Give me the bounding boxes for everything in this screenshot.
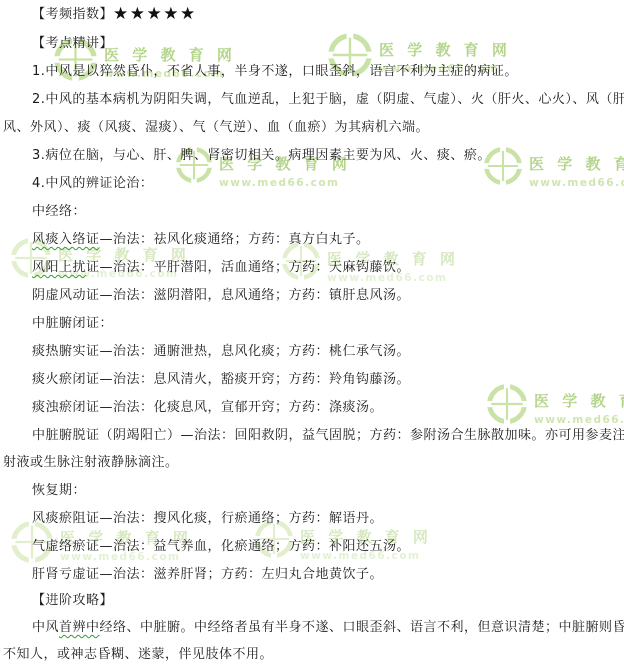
syndrome-wind-yang-disturbing: 风阳上扰证—治法：平肝潜阳，活血通络；方药：天麻钩藤饮。: [32, 260, 410, 276]
watermark-site-name: 医 学 教 育 网: [529, 153, 624, 174]
syndrome-text: 痰热腑实证—治法：通腑泄热，息风化痰；方药：桃仁承气汤。: [32, 344, 410, 359]
subsection-recovery-period: 恢复期：: [32, 483, 86, 499]
syndrome-text: 风痰瘀阻证—治法：搜风化痰，行瘀通络；方药：解语丹。: [32, 511, 383, 526]
section-header-text: 【考点精讲】: [32, 36, 113, 51]
med66-watermark: 医 学 教 育 网www.med66.com: [486, 383, 624, 426]
paragraph-text-underlined: 首辨中: [59, 620, 100, 635]
subsection-text: 中脏腑闭证：: [32, 316, 113, 331]
syndrome-text: 肝肾亏虚证—治法：滋养肝肾；方药：左归丸合地黄饮子。: [32, 567, 383, 582]
paragraph-text: 经络、中脏腑。中经络者虽有半身不遂、口眼歪斜、语言不利，但意识清楚；中脏腑则昏: [100, 620, 624, 635]
paragraph-pathogenesis-line1: 2.中风的基本病机为阴阳失调，气血逆乱，上犯于脑，虚（阴虚、气虚）、火（肝火、心…: [32, 92, 624, 108]
syndrome-text: 痰浊瘀闭证—治法：化痰息风，宣郁开窍；方药：涤痰汤。: [32, 400, 383, 415]
med66-logo-icon: [486, 383, 528, 425]
syndrome-qi-deficiency-stasis: 气虚络瘀证—治法：益气养血，化瘀通络；方药：补阳还五汤。: [32, 539, 410, 555]
syndrome-phlegm-turbid-stasis: 痰浊瘀闭证—治法：化痰息风，宣郁开窍；方药：涤痰汤。: [32, 400, 383, 416]
paragraph-text: 中风: [32, 620, 59, 635]
watermark-site-url: www.med66.com: [219, 177, 351, 189]
syndrome-phlegm-fire-stasis: 痰火瘀闭证—治法：息风清火，豁痰开窍；方药：羚角钩藤汤。: [32, 372, 410, 388]
watermark-site-url: www.med66.com: [529, 177, 624, 189]
paragraph-text: 2.中风的基本病机为阴阳失调，气血逆乱，上犯于脑，虚（阴虚、气虚）、火（肝火、心…: [32, 92, 624, 107]
syndrome-text: 痰火瘀闭证—治法：息风清火，豁痰开窍；方药：羚角钩藤汤。: [32, 372, 410, 387]
paragraph-location: 3.病位在脑，与心、肝、脾、肾密切相关。病理因素主要为风、火、痰、瘀。: [32, 148, 491, 164]
frequency-index-label: 【考频指数】: [32, 7, 113, 22]
paragraph-definition: 1.中风是以猝然昏仆，不省人事，半身不遂，口眼歪斜，语言不利为主症的病证。: [32, 64, 518, 80]
watermark-site-url: www.med66.com: [534, 414, 624, 426]
syndrome-text: 气虚络瘀证—治法：益气养血，化瘀通络；方药：补阳还五汤。: [32, 539, 410, 554]
watermark-site-name: 医 学 教 育 网: [534, 390, 624, 411]
watermark-site-name: 医 学 教 育 网: [379, 39, 511, 60]
syndrome-zangfu-collapse-line2: 射液或生脉注射液静脉滴注。: [3, 455, 179, 471]
subsection-meridian: 中经络：: [32, 204, 86, 220]
syndrome-name: 风阳上扰: [32, 260, 86, 275]
subsection-zangfu-closed: 中脏腑闭证：: [32, 316, 113, 332]
paragraph-pathogenesis-line2: 风、外风）、痰（风痰、湿痰）、气（气逆）、血（血瘀）为其病机六端。: [3, 120, 429, 136]
subsection-text: 中经络：: [32, 204, 86, 219]
paragraph-differentiation-title: 4.中风的辨证论治：: [32, 176, 153, 192]
syndrome-text: —治法：祛风化痰通络；方药：真方白丸子。: [100, 232, 370, 247]
section-header-key-points: 【考点精讲】: [32, 36, 113, 52]
frequency-index-row: 【考频指数】★★★★★: [32, 5, 197, 23]
syndrome-wind-phlegm-entering: 风痰入络证—治法：祛风化痰通络；方药：真方白丸子。: [32, 232, 370, 248]
syndrome-yin-deficiency-wind: 阴虚风动证—治法：滋阴潜阳，息风通络；方药：镇肝息风汤。: [32, 288, 410, 304]
syndrome-liver-kidney-deficiency: 肝肾亏虚证—治法：滋养肝肾；方药：左归丸合地黄饮子。: [32, 567, 383, 583]
syndrome-wind-phlegm-stasis: 风痰瘀阻证—治法：搜风化痰，行瘀通络；方药：解语丹。: [32, 511, 383, 527]
med66-watermark: 医 学 教 育 网www.med66.com: [483, 146, 624, 189]
paragraph-text: 不知人，或神志昏糊、迷蒙，伴见肢体不用。: [3, 647, 273, 662]
section-header-text: 【进阶攻略】: [32, 593, 113, 608]
watermark-site-name: 医 学 教 育 网: [104, 44, 236, 65]
syndrome-zangfu-collapse-line1: 中脏腑脱证（阴竭阳亡）—治法：回阳救阴，益气固脱；方药：参附汤合生脉散加味。亦可…: [32, 428, 624, 444]
syndrome-text: 证—治法：平肝潜阳，活血通络；方药：天麻钩藤饮。: [86, 260, 410, 275]
paragraph-text: 4.中风的辨证论治：: [32, 176, 153, 191]
syndrome-text: 射液或生脉注射液静脉滴注。: [3, 455, 179, 470]
syndrome-text: 中脏腑脱证（阴竭阳亡）—治法：回阳救阴，益气固脱；方药：参附汤合生脉散加味。亦可…: [32, 428, 624, 443]
subsection-text: 恢复期：: [32, 483, 86, 498]
syndrome-name: 风痰入络证: [32, 232, 100, 247]
paragraph-text: 1.中风是以猝然昏仆，不省人事，半身不遂，口眼歪斜，语言不利为主症的病证。: [32, 64, 518, 79]
syndrome-text: 阴虚风动证—治法：滋阴潜阳，息风通络；方药：镇肝息风汤。: [32, 288, 410, 303]
star-rating: ★★★★★: [113, 4, 197, 24]
paragraph-summary-line2: 不知人，或神志昏糊、迷蒙，伴见肢体不用。: [3, 647, 273, 663]
paragraph-summary-line1: 中风首辨中经络、中脏腑。中经络者虽有半身不遂、口眼歪斜、语言不利，但意识清楚；中…: [32, 620, 624, 636]
section-header-advanced-strategy: 【进阶攻略】: [32, 593, 113, 609]
paragraph-text: 3.病位在脑，与心、肝、脾、肾密切相关。病理因素主要为风、火、痰、瘀。: [32, 148, 491, 163]
syndrome-phlegm-heat-fu-excess: 痰热腑实证—治法：通腑泄热，息风化痰；方药：桃仁承气汤。: [32, 344, 410, 360]
paragraph-text: 风、外风）、痰（风痰、湿痰）、气（气逆）、血（血瘀）为其病机六端。: [3, 120, 429, 135]
